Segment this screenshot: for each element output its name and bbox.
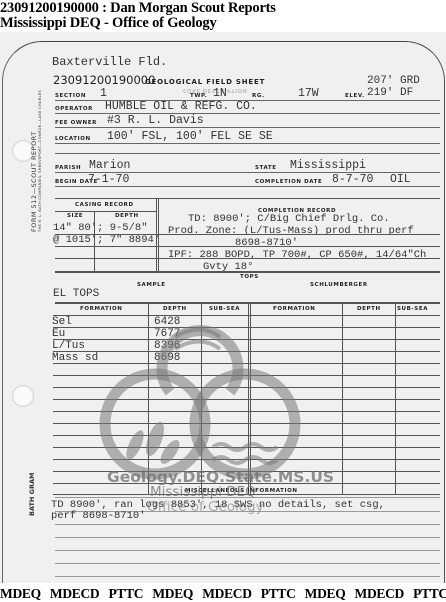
parish-label: PARISH bbox=[55, 165, 81, 171]
blank-row bbox=[55, 143, 440, 154]
divider bbox=[55, 198, 440, 199]
divider bbox=[55, 246, 440, 247]
tops-formation-3: L/Tus bbox=[52, 340, 85, 352]
divider bbox=[55, 563, 440, 564]
completion-line-4: IPF: 288 BOPD, TP 700#, CP 650#, 14/64"C… bbox=[168, 249, 426, 261]
completion-line-2: Prod. Zone: (L/Tus-Mass) prod thru perf bbox=[168, 225, 414, 237]
tops-note: EL TOPS bbox=[53, 288, 99, 300]
sheet-title: GEOLOGICAL FIELD SHEET bbox=[145, 78, 265, 86]
punch-hole-bottom bbox=[12, 385, 34, 407]
operator-value: HUMBLE OIL & REFG. CO. bbox=[105, 100, 257, 113]
casing-depth-header: DEPTH bbox=[115, 213, 139, 219]
dates-row: BEGIN DATE 7-1-70 COMPLETION DATE 8-7-70… bbox=[55, 173, 440, 187]
printer-company-label: THE R. L. BATH COMPANIES, SHREVEPORT—CON… bbox=[38, 90, 42, 232]
tops-formation-1: Sel bbox=[52, 316, 72, 328]
fee-owner-row: FEE OWNER #3 R. L. Davis bbox=[55, 114, 440, 128]
sample-label: SAMPLE bbox=[137, 282, 166, 288]
misc-line-2: perf 8698-8710' bbox=[51, 510, 146, 522]
operator-label: OPERATOR bbox=[55, 106, 93, 112]
divider bbox=[55, 537, 440, 538]
completion-date-label: COMPLETION DATE bbox=[255, 179, 322, 185]
casing-line-2: @ 1015'; 7" 8894' bbox=[53, 234, 160, 246]
tops-depth-3: 8396 bbox=[154, 340, 180, 352]
fee-owner-label: FEE OWNER bbox=[55, 120, 97, 126]
tops-depth-4: 8698 bbox=[154, 352, 180, 364]
rg-label: RG. bbox=[252, 93, 265, 99]
location-row: LOCATION 100' FSL, 100' FEL SE SE bbox=[55, 130, 440, 144]
casing-size-header: SIZE bbox=[67, 213, 83, 219]
elevation-ground: 207' GRD bbox=[367, 75, 420, 87]
completion-line-1: TD: 8900'; C/Big Chief Drlg. Co. bbox=[188, 213, 390, 225]
section-label: SECTION bbox=[55, 93, 86, 99]
divider bbox=[55, 211, 156, 212]
field-name: Baxterville Fld. bbox=[52, 55, 167, 69]
parish-value: Marion bbox=[89, 159, 130, 172]
schlumberger-label: SCHLUMBERGER bbox=[310, 282, 368, 288]
casing-line-1: 14" 80'; 9-5/8" bbox=[53, 222, 148, 234]
divider bbox=[55, 524, 440, 525]
fee-owner-value: #3 R. L. Davis bbox=[107, 114, 204, 127]
footer-banner: MDEQ MDECD PTTC MDEQ MDECD PTTC MDEQ MDE… bbox=[0, 586, 446, 602]
state-label: STATE bbox=[255, 165, 277, 171]
tops-depth-2: 7677 bbox=[154, 328, 180, 340]
operator-row: OPERATOR HUMBLE OIL & REFG. CO. bbox=[55, 100, 440, 114]
tops-formation-2: Eu bbox=[52, 328, 65, 340]
state-value: Mississippi bbox=[290, 159, 366, 172]
begin-date-value: 7-1-70 bbox=[88, 173, 129, 186]
divider bbox=[55, 258, 440, 259]
tops-title: TOPS bbox=[240, 274, 259, 280]
well-status: OIL bbox=[390, 173, 411, 186]
parish-row: PARISH Marion STATE Mississippi bbox=[55, 159, 440, 173]
watermark-office: Office of Geology bbox=[147, 499, 264, 515]
section-row: SECTION 1 TWP. 1N RG. 17W ELEV. bbox=[55, 87, 440, 101]
tops-depth-1: 6428 bbox=[154, 316, 180, 328]
divider bbox=[55, 271, 440, 273]
divider bbox=[55, 234, 440, 235]
report-subtitle: Mississippi DEQ - Office of Geology bbox=[0, 15, 217, 32]
location-label: LOCATION bbox=[55, 136, 91, 142]
divider bbox=[55, 576, 440, 577]
rg-value: 17W bbox=[298, 87, 319, 100]
tops-formation-4: Mass sd bbox=[52, 352, 98, 364]
twp-value: 1N bbox=[213, 87, 227, 100]
watermark-org: Mississippi DEQ bbox=[150, 484, 256, 500]
form-number-label: FORM 512—SCOUT REPORT bbox=[30, 131, 38, 232]
casing-record-title: CASING RECORD bbox=[75, 202, 134, 208]
scout-report-card: FORM 512—SCOUT REPORT THE R. L. BATH COM… bbox=[0, 32, 446, 583]
api-number: 23091200190000 bbox=[53, 73, 155, 87]
twp-label: TWP. bbox=[190, 93, 207, 99]
divider bbox=[55, 550, 440, 551]
bath-gram-logo: BATH GRAM bbox=[28, 473, 36, 516]
completion-date-value: 8-7-70 bbox=[332, 173, 373, 186]
section-value: 1 bbox=[100, 87, 107, 100]
completion-line-3: 8698-8710' bbox=[235, 237, 298, 249]
location-value: 100' FSL, 100' FEL SE SE bbox=[107, 130, 273, 143]
elev-label: ELEV. bbox=[345, 93, 365, 99]
